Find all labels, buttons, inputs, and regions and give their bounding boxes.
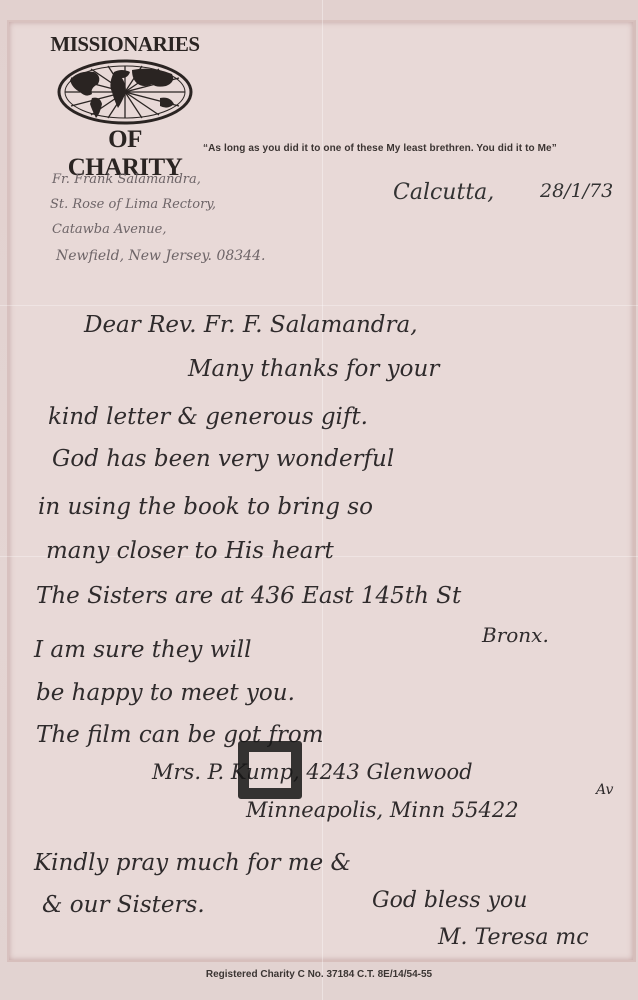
recipient-address-line: Catawba Avenue,: [52, 222, 166, 237]
letter-line: Mrs. P. Kump, 4243 Glenwood: [152, 760, 473, 784]
address-addon-avenue: Av: [596, 782, 613, 798]
letter-line: & our Sisters.: [42, 892, 205, 918]
letter-line: I am sure they will: [34, 637, 252, 663]
letter-line: Minneapolis, Minn 55422: [246, 798, 519, 822]
fold-line-horizontal: [0, 305, 638, 306]
dateline-place: Calcutta,: [393, 180, 494, 205]
letter-line: God has been very wonderful: [52, 446, 394, 472]
letter-line: The Sisters are at 436 East 145th St: [36, 583, 461, 609]
recipient-address-line: Newfield, New Jersey. 08344.: [56, 248, 265, 264]
letterhead-motto: “As long as you did it to one of these M…: [203, 143, 557, 154]
letter-line: kind letter & generous gift.: [48, 404, 368, 430]
letterhead-logo: MISSIONARIES OF CHARITY: [50, 32, 200, 157]
registered-charity-footer: Registered Charity C No. 37184 C.T. 8E/1…: [0, 969, 638, 980]
recipient-address-line: Fr. Frank Salamandra,: [52, 172, 201, 187]
letter-line: Kindly pray much for me &: [34, 850, 351, 876]
org-name-line1: MISSIONARIES: [50, 32, 200, 57]
redaction-box-icon: [238, 741, 302, 799]
address-addon-bronx: Bronx.: [482, 623, 549, 647]
world-globe-icon: [56, 58, 194, 126]
letter-signature: M. Teresa mc: [438, 925, 589, 950]
letter-line: Many thanks for your: [188, 356, 439, 382]
letter-salutation: Dear Rev. Fr. F. Salamandra,: [84, 312, 418, 338]
dateline-date: 28/1/73: [540, 180, 613, 202]
letter-closing: God bless you: [372, 888, 527, 913]
letter-line: be happy to meet you.: [36, 680, 295, 706]
letter-line: in using the book to bring so: [38, 494, 373, 520]
recipient-address-line: St. Rose of Lima Rectory,: [50, 197, 216, 212]
letter-line: many closer to His heart: [46, 538, 334, 564]
